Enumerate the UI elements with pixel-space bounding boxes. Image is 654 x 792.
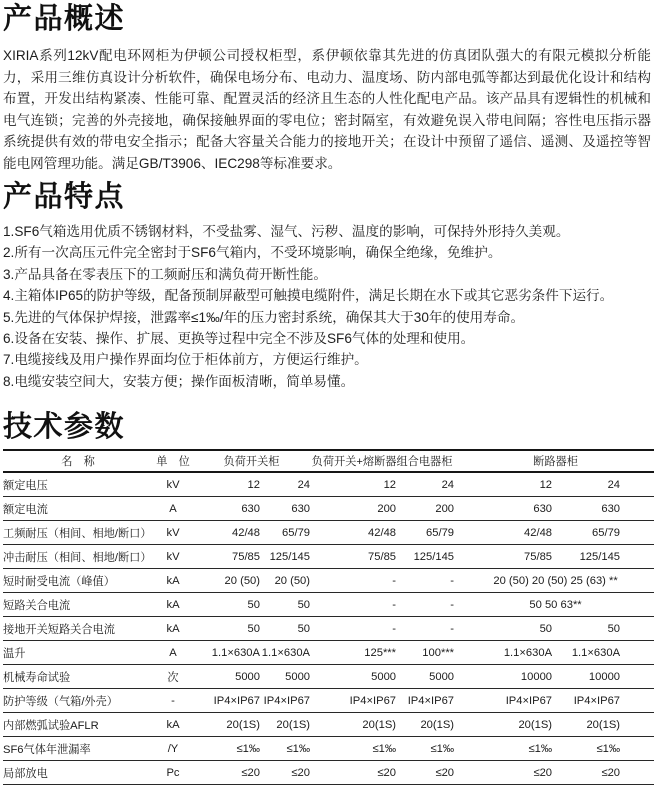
param-value: IP4×IP67 [193,689,260,713]
param-name: 工频耐压（相间、相地/断口） [3,521,153,545]
table-row-power-frequency-withstand: 工频耐压（相间、相地/断口） kV 42/48 65/79 42/48 65/7… [3,521,654,545]
param-name: 机械寿命试验 [3,665,153,689]
column-header-unit: 单 位 [153,450,193,472]
datasheet-page: 产品概述 XIRIA系列12kV配电环网柜为伊顿公司授权柜型，系伊顿依靠其先进的… [0,2,654,785]
param-value: 125/145 [396,545,454,569]
param-value: - [310,593,396,617]
param-name: 局部放电 [3,761,153,785]
param-value: 1.1×630A [552,641,620,665]
param-value: 20(1S) [454,713,552,737]
table-row-temperature-rise: 温升 A 1.1×630A 1.1×630A 125*** 100*** 1.1… [3,641,654,665]
param-value: 65/79 [396,521,454,545]
table-row-mechanical-life-test: 机械寿命试验 次 5000 5000 5000 5000 10000 10000 [3,665,654,689]
table-row-impulse-withstand: 冲击耐压（相间、相地/断口） kV 75/85 125/145 75/85 12… [3,545,654,569]
param-value: - [396,569,454,593]
param-name: 额定电压 [3,472,153,497]
param-unit: kA [153,617,193,641]
param-value: 630 [260,497,310,521]
table-row-partial-discharge: 局部放电 Pc ≤20 ≤20 ≤20 ≤20 ≤20 ≤20 [3,761,654,785]
param-value: ≤20 [260,761,310,785]
table-row-internal-arc-test: 内部燃弧试验AFLR kA 20(1S) 20(1S) 20(1S) 20(1S… [3,713,654,737]
param-value: 50 [454,617,552,641]
param-value: 65/79 [552,521,620,545]
overview-section-title: 产品概述 [3,2,651,36]
param-value: 20(1S) [552,713,620,737]
spacer-cell [620,713,654,737]
feature-item-6: 6.设备在安装、操作、扩展、更换等过程中完全不涉及SF6气体的处理和使用。 [3,328,651,349]
param-name: 防护等级（气箱/外壳） [3,689,153,713]
param-value: IP4×IP67 [310,689,396,713]
table-row-sf6-leakage-rate: SF6气体年泄漏率 /Y ≤1‰ ≤1‰ ≤1‰ ≤1‰ ≤1‰ ≤1‰ [3,737,654,761]
param-value: 50 [260,593,310,617]
param-value: 24 [260,472,310,497]
param-value: 10000 [454,665,552,689]
overview-paragraph: XIRIA系列12kV配电环网柜为伊顿公司授权柜型，系伊顿依靠其先进的仿真团队强… [3,45,651,174]
param-value: 20 (50) [260,569,310,593]
param-value: 42/48 [310,521,396,545]
param-value: 100*** [396,641,454,665]
specs-table: 名 称 单 位 负荷开关柜 负荷开关+熔断器组合电器柜 断路器柜 额定电压 kV… [3,449,654,785]
param-name: 短路关合电流 [3,593,153,617]
param-unit: kV [153,521,193,545]
table-row-protection-degree: 防护等级（气箱/外壳） - IP4×IP67 IP4×IP67 IP4×IP67… [3,689,654,713]
spacer-cell [620,641,654,665]
spacer-cell [620,689,654,713]
column-header-switch-fuse-cabinet: 负荷开关+熔断器组合电器柜 [310,450,454,472]
param-value: 65/79 [260,521,310,545]
param-value: - [310,617,396,641]
param-value: ≤1‰ [193,737,260,761]
param-value: 12 [310,472,396,497]
param-value: - [396,593,454,617]
column-header-name: 名 称 [3,450,153,472]
param-unit: kA [153,569,193,593]
param-value: 125/145 [552,545,620,569]
param-name: 短时耐受电流（峰值） [3,569,153,593]
column-header-load-switch-cabinet: 负荷开关柜 [193,450,310,472]
param-value: 5000 [310,665,396,689]
param-value: 20(1S) [260,713,310,737]
spacer-cell [620,472,654,497]
param-value: 5000 [396,665,454,689]
param-value: 20 (50) [193,569,260,593]
param-value: 630 [454,497,552,521]
param-value: 50 50 63** [454,593,654,617]
param-value: 125/145 [260,545,310,569]
param-value: 1.1×630A [260,641,310,665]
param-unit: - [153,689,193,713]
param-value: ≤20 [552,761,620,785]
param-value: 20 (50) 20 (50) 25 (63) ** [454,569,654,593]
param-value: 24 [552,472,620,497]
param-value: 42/48 [193,521,260,545]
param-value: - [310,569,396,593]
param-value: 42/48 [454,521,552,545]
features-list: 1.SF6气箱选用优质不锈钢材料，不受盐雾、湿气、污秽、温度的影响，可保持外形持… [3,221,651,392]
feature-item-2: 2.所有一次高压元件完全密封于SF6气箱内，不受环境影响，确保全绝缘，免维护。 [3,242,651,263]
table-row-rated-current: 额定电流 A 630 630 200 200 630 630 [3,497,654,521]
param-unit: A [153,497,193,521]
table-row-short-circuit-making-current: 短路关合电流 kA 50 50 - - 50 50 63** [3,593,654,617]
param-value: ≤1‰ [454,737,552,761]
spacer-cell [620,497,654,521]
param-name: 接地开关短路关合电流 [3,617,153,641]
table-row-rated-voltage: 额定电压 kV 12 24 12 24 12 24 [3,472,654,497]
param-value: ≤20 [193,761,260,785]
param-value: 10000 [552,665,620,689]
table-header-row: 名 称 单 位 负荷开关柜 负荷开关+熔断器组合电器柜 断路器柜 [3,450,654,472]
table-row-earthing-switch-making-current: 接地开关短路关合电流 kA 50 50 - - 50 50 [3,617,654,641]
param-value: - [396,617,454,641]
table-row-short-time-withstand-current: 短时耐受电流（峰值） kA 20 (50) 20 (50) - - 20 (50… [3,569,654,593]
feature-item-1: 1.SF6气箱选用优质不锈钢材料，不受盐雾、湿气、污秽、温度的影响，可保持外形持… [3,221,651,242]
param-value: 5000 [193,665,260,689]
param-unit: kV [153,472,193,497]
param-unit: A [153,641,193,665]
param-value: 75/85 [454,545,552,569]
spacer-cell [620,545,654,569]
param-value: 5000 [260,665,310,689]
param-value: IP4×IP67 [454,689,552,713]
param-name: 内部燃弧试验AFLR [3,713,153,737]
param-value: IP4×IP67 [260,689,310,713]
param-value: 50 [552,617,620,641]
param-unit: Pc [153,761,193,785]
param-value: ≤1‰ [310,737,396,761]
spacer-cell [620,521,654,545]
param-value: ≤1‰ [260,737,310,761]
param-value: 1.1×630A [193,641,260,665]
param-value: 20(1S) [396,713,454,737]
param-value: ≤20 [396,761,454,785]
param-value: 200 [310,497,396,521]
spacer-cell [620,617,654,641]
param-name: 温升 [3,641,153,665]
param-value: 20(1S) [310,713,396,737]
spacer-cell [620,665,654,689]
param-value: 12 [193,472,260,497]
param-value: 50 [193,593,260,617]
param-name: 额定电流 [3,497,153,521]
param-value: ≤20 [454,761,552,785]
spacer-cell [620,737,654,761]
param-value: 50 [193,617,260,641]
param-name: SF6气体年泄漏率 [3,737,153,761]
param-value: ≤1‰ [396,737,454,761]
param-unit: /Y [153,737,193,761]
param-unit: kA [153,593,193,617]
specs-section-title: 技术参数 [3,410,651,444]
param-value: 200 [396,497,454,521]
param-value: 630 [552,497,620,521]
param-value: 630 [193,497,260,521]
feature-item-5: 5.先进的气体保护焊接，泄露率≤1‰/年的压力密封系统，确保其大于30年的使用寿… [3,307,651,328]
column-header-circuit-breaker-cabinet: 断路器柜 [454,450,654,472]
param-value: 1.1×630A [454,641,552,665]
param-value: 20(1S) [193,713,260,737]
param-unit: kA [153,713,193,737]
param-value: ≤20 [310,761,396,785]
param-value: 50 [260,617,310,641]
param-unit: kV [153,545,193,569]
spacer-cell [620,761,654,785]
param-value: 75/85 [310,545,396,569]
features-section-title: 产品特点 [3,180,651,214]
feature-item-7: 7.电缆接线及用户操作界面均位于柜体前方，方便运行维护。 [3,349,651,370]
param-value: IP4×IP67 [552,689,620,713]
param-value: 125*** [310,641,396,665]
feature-item-4: 4.主箱体IP65的防护等级，配备预制屏蔽型可触摸电缆附件，满足长期在水下或其它… [3,285,651,306]
param-value: IP4×IP67 [396,689,454,713]
param-value: ≤1‰ [552,737,620,761]
param-value: 24 [396,472,454,497]
param-name: 冲击耐压（相间、相地/断口） [3,545,153,569]
feature-item-8: 8.电缆安装空间大，安装方便；操作面板清晰，简单易懂。 [3,371,651,392]
feature-item-3: 3.产品具备在零表压下的工频耐压和满负荷开断性能。 [3,264,651,285]
param-value: 75/85 [193,545,260,569]
param-value: 12 [454,472,552,497]
param-unit: 次 [153,665,193,689]
